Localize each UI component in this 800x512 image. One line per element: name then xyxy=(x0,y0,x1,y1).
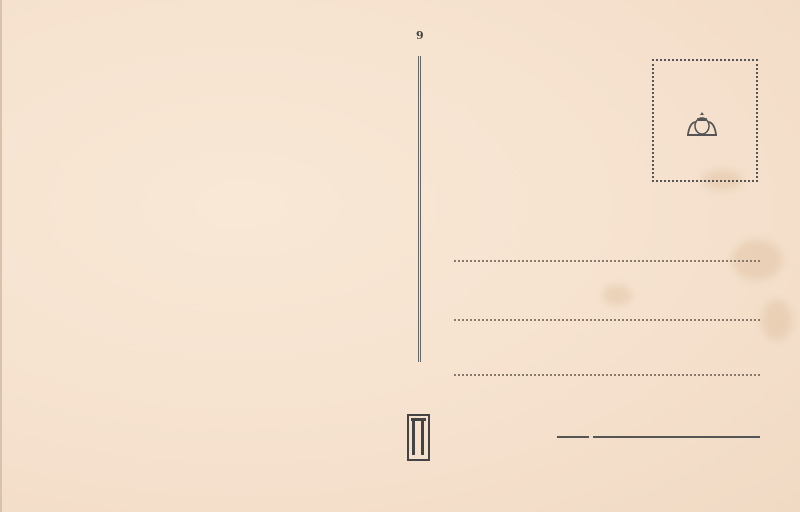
address-line-2 xyxy=(454,319,760,321)
address-line-3 xyxy=(454,374,760,376)
address-line-1 xyxy=(454,260,760,262)
address-line-4-start xyxy=(557,436,589,438)
publisher-logo-icon xyxy=(407,414,430,461)
postcard-back: 9 xyxy=(0,0,800,512)
stain xyxy=(602,285,632,305)
page-number: 9 xyxy=(416,29,424,42)
royal-crest-icon xyxy=(684,110,720,138)
center-divider xyxy=(418,56,421,362)
address-line-4 xyxy=(593,436,760,438)
stain xyxy=(762,300,792,340)
